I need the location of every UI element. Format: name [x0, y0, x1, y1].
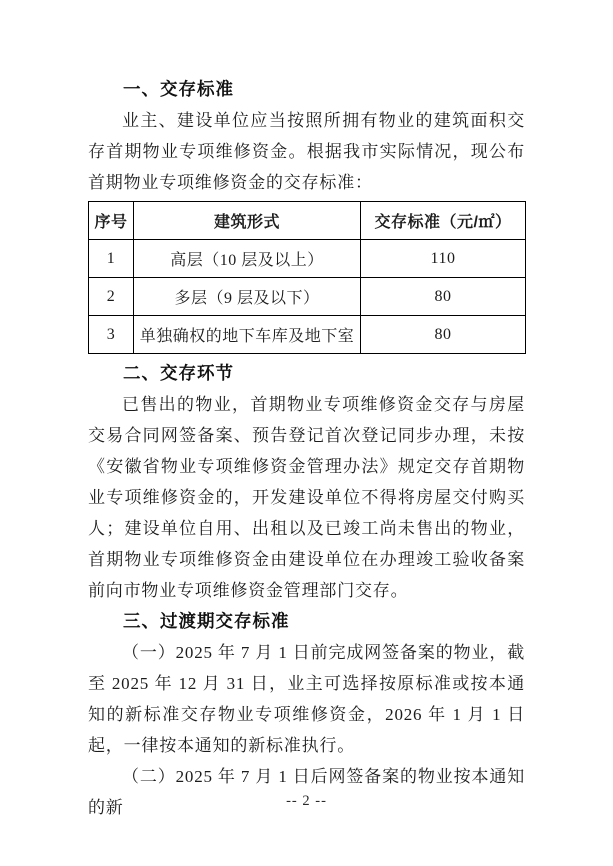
- paragraph-deposit-stage: 已售出的物业，首期物业专项维修资金交存与房屋交易合同网签备案、预告登记首次登记同…: [88, 389, 525, 606]
- table-cell-serial: 3: [89, 316, 134, 354]
- table-row: 2 多层（9 层及以下） 80: [89, 278, 526, 316]
- page-number: -- 2 --: [0, 793, 613, 810]
- table-row: 3 单独确权的地下车库及地下室 80: [89, 316, 526, 354]
- table-cell-building-type: 多层（9 层及以下）: [134, 278, 361, 316]
- table-cell-building-type: 高层（10 层及以上）: [134, 240, 361, 278]
- paragraph-transition-item-2: （二）2025 年 7 月 1 日后网签备案的物业按本通知的新: [88, 761, 525, 823]
- section-heading-deposit-stage: 二、交存环节: [88, 358, 525, 389]
- paragraph-deposit-standard: 业主、建设单位应当按照所拥有物业的建筑面积交存首期物业专项维修资金。根据我市实际…: [88, 105, 525, 198]
- section-heading-deposit-standard: 一、交存标准: [88, 74, 525, 105]
- table-cell-serial: 1: [89, 240, 134, 278]
- table-header-building-type: 建筑形式: [134, 202, 361, 240]
- document-content: 一、交存标准 业主、建设单位应当按照所拥有物业的建筑面积交存首期物业专项维修资金…: [88, 74, 525, 823]
- table-cell-deposit-rate: 110: [361, 240, 526, 278]
- table-cell-deposit-rate: 80: [361, 316, 526, 354]
- paragraph-transition-item-1: （一）2025 年 7 月 1 日前完成网签备案的物业，截至 2025 年 12…: [88, 637, 525, 761]
- table-header-row: 序号 建筑形式 交存标准（元/㎡）: [89, 202, 526, 240]
- table-cell-serial: 2: [89, 278, 134, 316]
- table-header-deposit-rate: 交存标准（元/㎡）: [361, 202, 526, 240]
- deposit-standards-table: 序号 建筑形式 交存标准（元/㎡） 1 高层（10 层及以上） 110 2 多层…: [88, 201, 526, 354]
- section-heading-transition-standard: 三、过渡期交存标准: [88, 606, 525, 637]
- table-row: 1 高层（10 层及以上） 110: [89, 240, 526, 278]
- table-header-serial: 序号: [89, 202, 134, 240]
- table-cell-deposit-rate: 80: [361, 278, 526, 316]
- document-page: 一、交存标准 业主、建设单位应当按照所拥有物业的建筑面积交存首期物业专项维修资金…: [0, 0, 613, 866]
- table-cell-building-type: 单独确权的地下车库及地下室: [134, 316, 361, 354]
